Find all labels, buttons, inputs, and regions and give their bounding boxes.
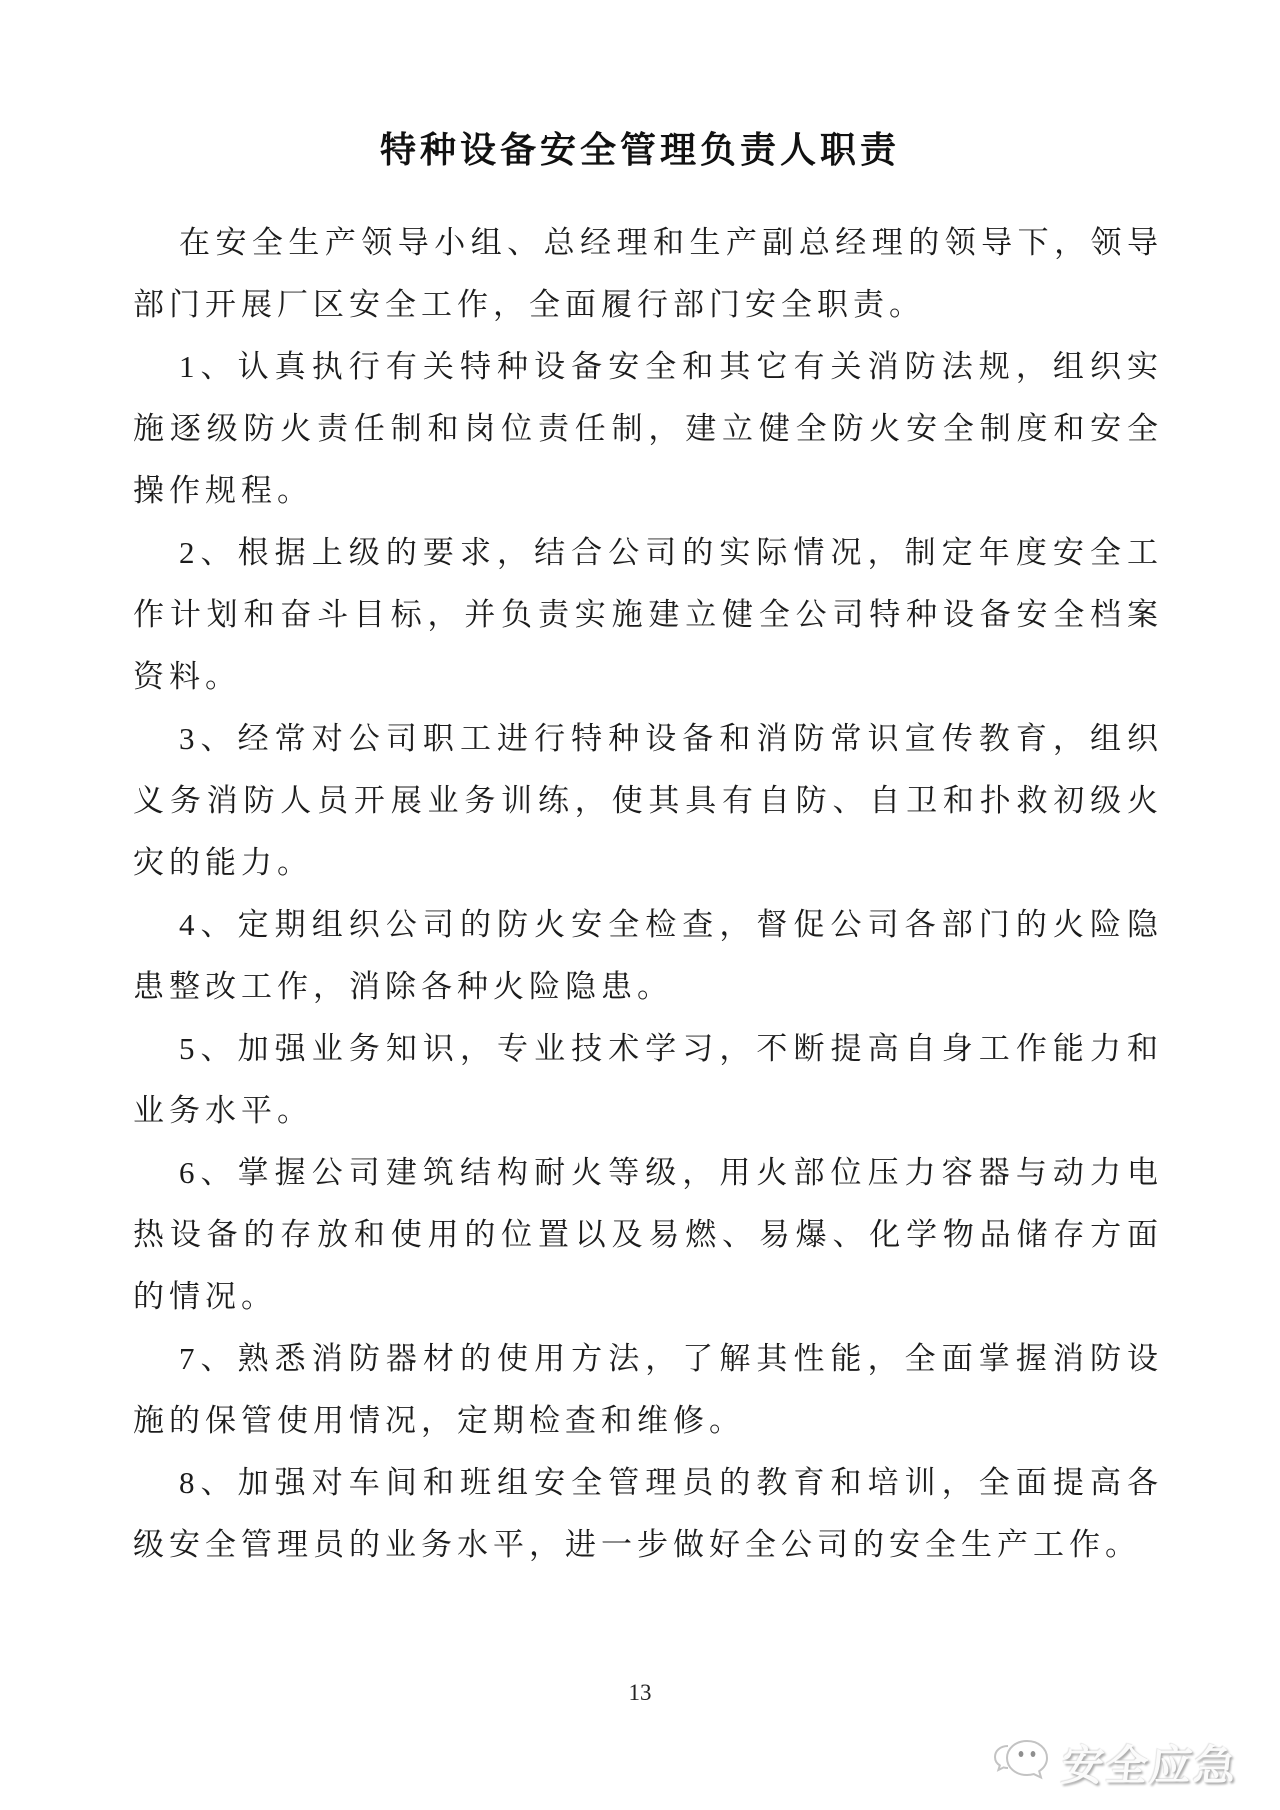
list-item-2: 2、根据上级的要求，结合公司的实际情况，制定年度安全工作计划和奋斗目标，并负责实…: [133, 522, 1163, 708]
list-item-8: 8、加强对车间和班组安全管理员的教育和培训，全面提高各级安全管理员的业务水平，进…: [133, 1452, 1163, 1576]
list-item-5: 5、加强业务知识，专业技术学习，不断提高自身工作能力和业务水平。: [133, 1018, 1163, 1142]
watermark-label: 安全应急: [1059, 1733, 1241, 1793]
list-item-4: 4、定期组织公司的防火安全检查，督促公司各部门的火险隐患整改工作，消除各种火险隐…: [133, 894, 1163, 1018]
document-body: 在安全生产领导小组、总经理和生产副总经理的领导下，领导部门开展厂区安全工作，全面…: [133, 212, 1163, 1576]
list-item-6: 6、掌握公司建筑结构耐火等级，用火部位压力容器与动力电热设备的存放和使用的位置以…: [133, 1142, 1163, 1328]
page-title: 特种设备安全管理负责人职责: [0, 122, 1280, 173]
list-item-3: 3、经常对公司职工进行特种设备和消防常识宣传教育，组织义务消防人员开展业务训练，…: [133, 708, 1163, 894]
document-page: 特种设备安全管理负责人职责 在安全生产领导小组、总经理和生产副总经理的领导下，领…: [0, 0, 1280, 1810]
list-item-1: 1、认真执行有关特种设备安全和其它有关消防法规，组织实施逐级防火责任制和岗位责任…: [133, 336, 1163, 522]
intro-paragraph: 在安全生产领导小组、总经理和生产副总经理的领导下，领导部门开展厂区安全工作，全面…: [133, 212, 1163, 336]
list-item-7: 7、熟悉消防器材的使用方法，了解其性能，全面掌握消防设施的保管使用情况，定期检查…: [133, 1328, 1163, 1452]
page-number: 13: [0, 1680, 1280, 1706]
chat-bubbles-icon: [994, 1738, 1052, 1788]
watermark: 安全应急: [994, 1733, 1238, 1793]
